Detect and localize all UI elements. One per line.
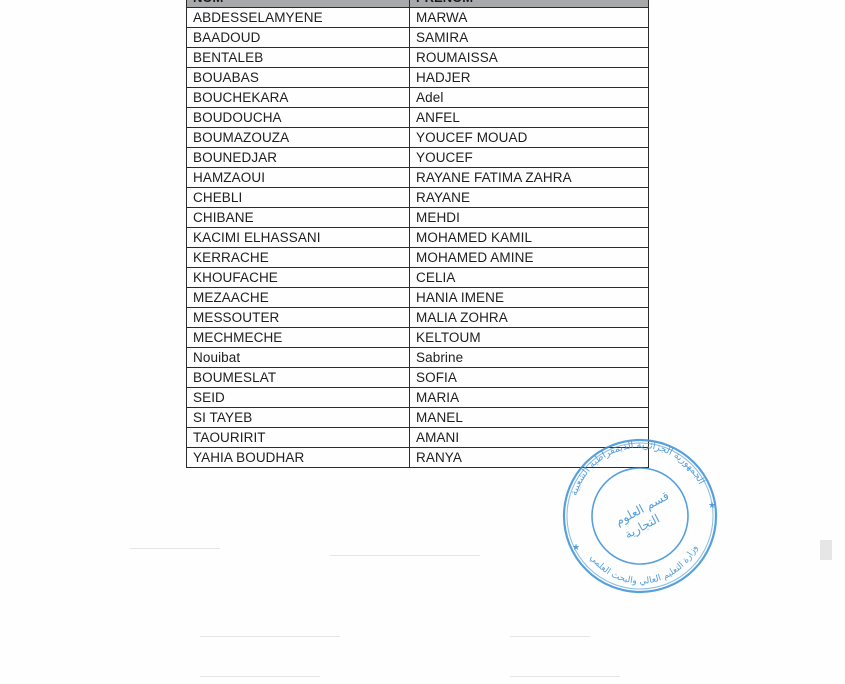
cell-nom: YAHIA BOUDHAR — [187, 448, 410, 468]
cell-nom: SEID — [187, 388, 410, 408]
table-row: MESSOUTERMALIA ZOHRA — [187, 308, 649, 328]
cell-prenom: SAMIRA — [410, 28, 649, 48]
cell-nom: TAOURIRIT — [187, 428, 410, 448]
cell-prenom: ROUMAISSA — [410, 48, 649, 68]
scan-artifact — [820, 540, 832, 560]
cell-nom: HAMZAOUI — [187, 168, 410, 188]
cell-prenom: YOUCEF — [410, 148, 649, 168]
cell-prenom: YOUCEF MOUAD — [410, 128, 649, 148]
table-row: BOUNEDJARYOUCEF — [187, 148, 649, 168]
scan-artifact — [200, 636, 340, 637]
cell-nom: Nouibat — [187, 348, 410, 368]
cell-prenom: ANFEL — [410, 108, 649, 128]
cell-prenom: Sabrine — [410, 348, 649, 368]
cell-prenom: MOHAMED AMINE — [410, 248, 649, 268]
cell-prenom: SOFIA — [410, 368, 649, 388]
table-row: CHEBLIRAYANE — [187, 188, 649, 208]
table-row: NouibatSabrine — [187, 348, 649, 368]
svg-text:★: ★ — [572, 543, 580, 553]
cell-nom: KHOUFACHE — [187, 268, 410, 288]
table-row: KERRACHEMOHAMED AMINE — [187, 248, 649, 268]
cell-prenom: MALIA ZOHRA — [410, 308, 649, 328]
scan-artifact — [510, 636, 590, 637]
svg-text:★: ★ — [708, 501, 716, 511]
table-header-row: NOM PRENOM — [187, 0, 649, 8]
student-table-container: NOM PRENOM ABDESSELAMYENEMARWABAADOUDSAM… — [186, 0, 648, 468]
cell-nom: CHEBLI — [187, 188, 410, 208]
column-header-prenom: PRENOM — [410, 0, 649, 8]
table-row: CHIBANEMEHDI — [187, 208, 649, 228]
table-row: BOUABASHADJER — [187, 68, 649, 88]
svg-text:وزارة التعليم العالي والبحث ال: وزارة التعليم العالي والبحث العلمي — [587, 544, 700, 587]
table-row: ABDESSELAMYENEMARWA — [187, 8, 649, 28]
table-row: BOUMESLATSOFIA — [187, 368, 649, 388]
table-row: BOUDOUCHAANFEL — [187, 108, 649, 128]
cell-prenom: MOHAMED KAMIL — [410, 228, 649, 248]
scanned-page: NOM PRENOM ABDESSELAMYENEMARWABAADOUDSAM… — [0, 0, 845, 684]
official-seal-icon: الجمهورية الجزائرية الديمقراطية الشعبية … — [552, 434, 728, 594]
scan-artifact — [510, 676, 620, 677]
cell-nom: KERRACHE — [187, 248, 410, 268]
cell-prenom: MEHDI — [410, 208, 649, 228]
table-row: BOUMAZOUZAYOUCEF MOUAD — [187, 128, 649, 148]
cell-nom: ABDESSELAMYENE — [187, 8, 410, 28]
table-body: ABDESSELAMYENEMARWABAADOUDSAMIRABENTALEB… — [187, 8, 649, 468]
cell-nom: BOUMAZOUZA — [187, 128, 410, 148]
student-table: NOM PRENOM ABDESSELAMYENEMARWABAADOUDSAM… — [186, 0, 649, 468]
cell-nom: BAADOUD — [187, 28, 410, 48]
cell-prenom: Adel — [410, 88, 649, 108]
column-header-nom: NOM — [187, 0, 410, 8]
table-row: HAMZAOUIRAYANE FATIMA ZAHRA — [187, 168, 649, 188]
cell-prenom: HADJER — [410, 68, 649, 88]
table-row: SEIDMARIA — [187, 388, 649, 408]
scan-artifact — [130, 548, 220, 549]
table-row: MECHMECHEKELTOUM — [187, 328, 649, 348]
cell-nom: MEZAACHE — [187, 288, 410, 308]
cell-nom: BOUNEDJAR — [187, 148, 410, 168]
cell-nom: BOUABAS — [187, 68, 410, 88]
cell-nom: BENTALEB — [187, 48, 410, 68]
table-row: KACIMI ELHASSANIMOHAMED KAMIL — [187, 228, 649, 248]
cell-nom: SI TAYEB — [187, 408, 410, 428]
cell-prenom: CELIA — [410, 268, 649, 288]
cell-prenom: RAYANE — [410, 188, 649, 208]
cell-nom: BOUMESLAT — [187, 368, 410, 388]
cell-prenom: RAYANE FATIMA ZAHRA — [410, 168, 649, 188]
cell-nom: BOUCHEKARA — [187, 88, 410, 108]
cell-prenom: HANIA IMENE — [410, 288, 649, 308]
table-row: BAADOUDSAMIRA — [187, 28, 649, 48]
cell-nom: MESSOUTER — [187, 308, 410, 328]
cell-prenom: KELTOUM — [410, 328, 649, 348]
table-row: KHOUFACHECELIA — [187, 268, 649, 288]
scan-artifact — [330, 555, 480, 556]
cell-prenom: MANEL — [410, 408, 649, 428]
cell-nom: KACIMI ELHASSANI — [187, 228, 410, 248]
cell-nom: CHIBANE — [187, 208, 410, 228]
table-row: BENTALEBROUMAISSA — [187, 48, 649, 68]
cell-prenom: MARWA — [410, 8, 649, 28]
table-row: SI TAYEBMANEL — [187, 408, 649, 428]
scan-artifact — [200, 676, 320, 677]
cell-nom: MECHMECHE — [187, 328, 410, 348]
table-row: MEZAACHEHANIA IMENE — [187, 288, 649, 308]
cell-nom: BOUDOUCHA — [187, 108, 410, 128]
table-row: BOUCHEKARAAdel — [187, 88, 649, 108]
cell-prenom: MARIA — [410, 388, 649, 408]
